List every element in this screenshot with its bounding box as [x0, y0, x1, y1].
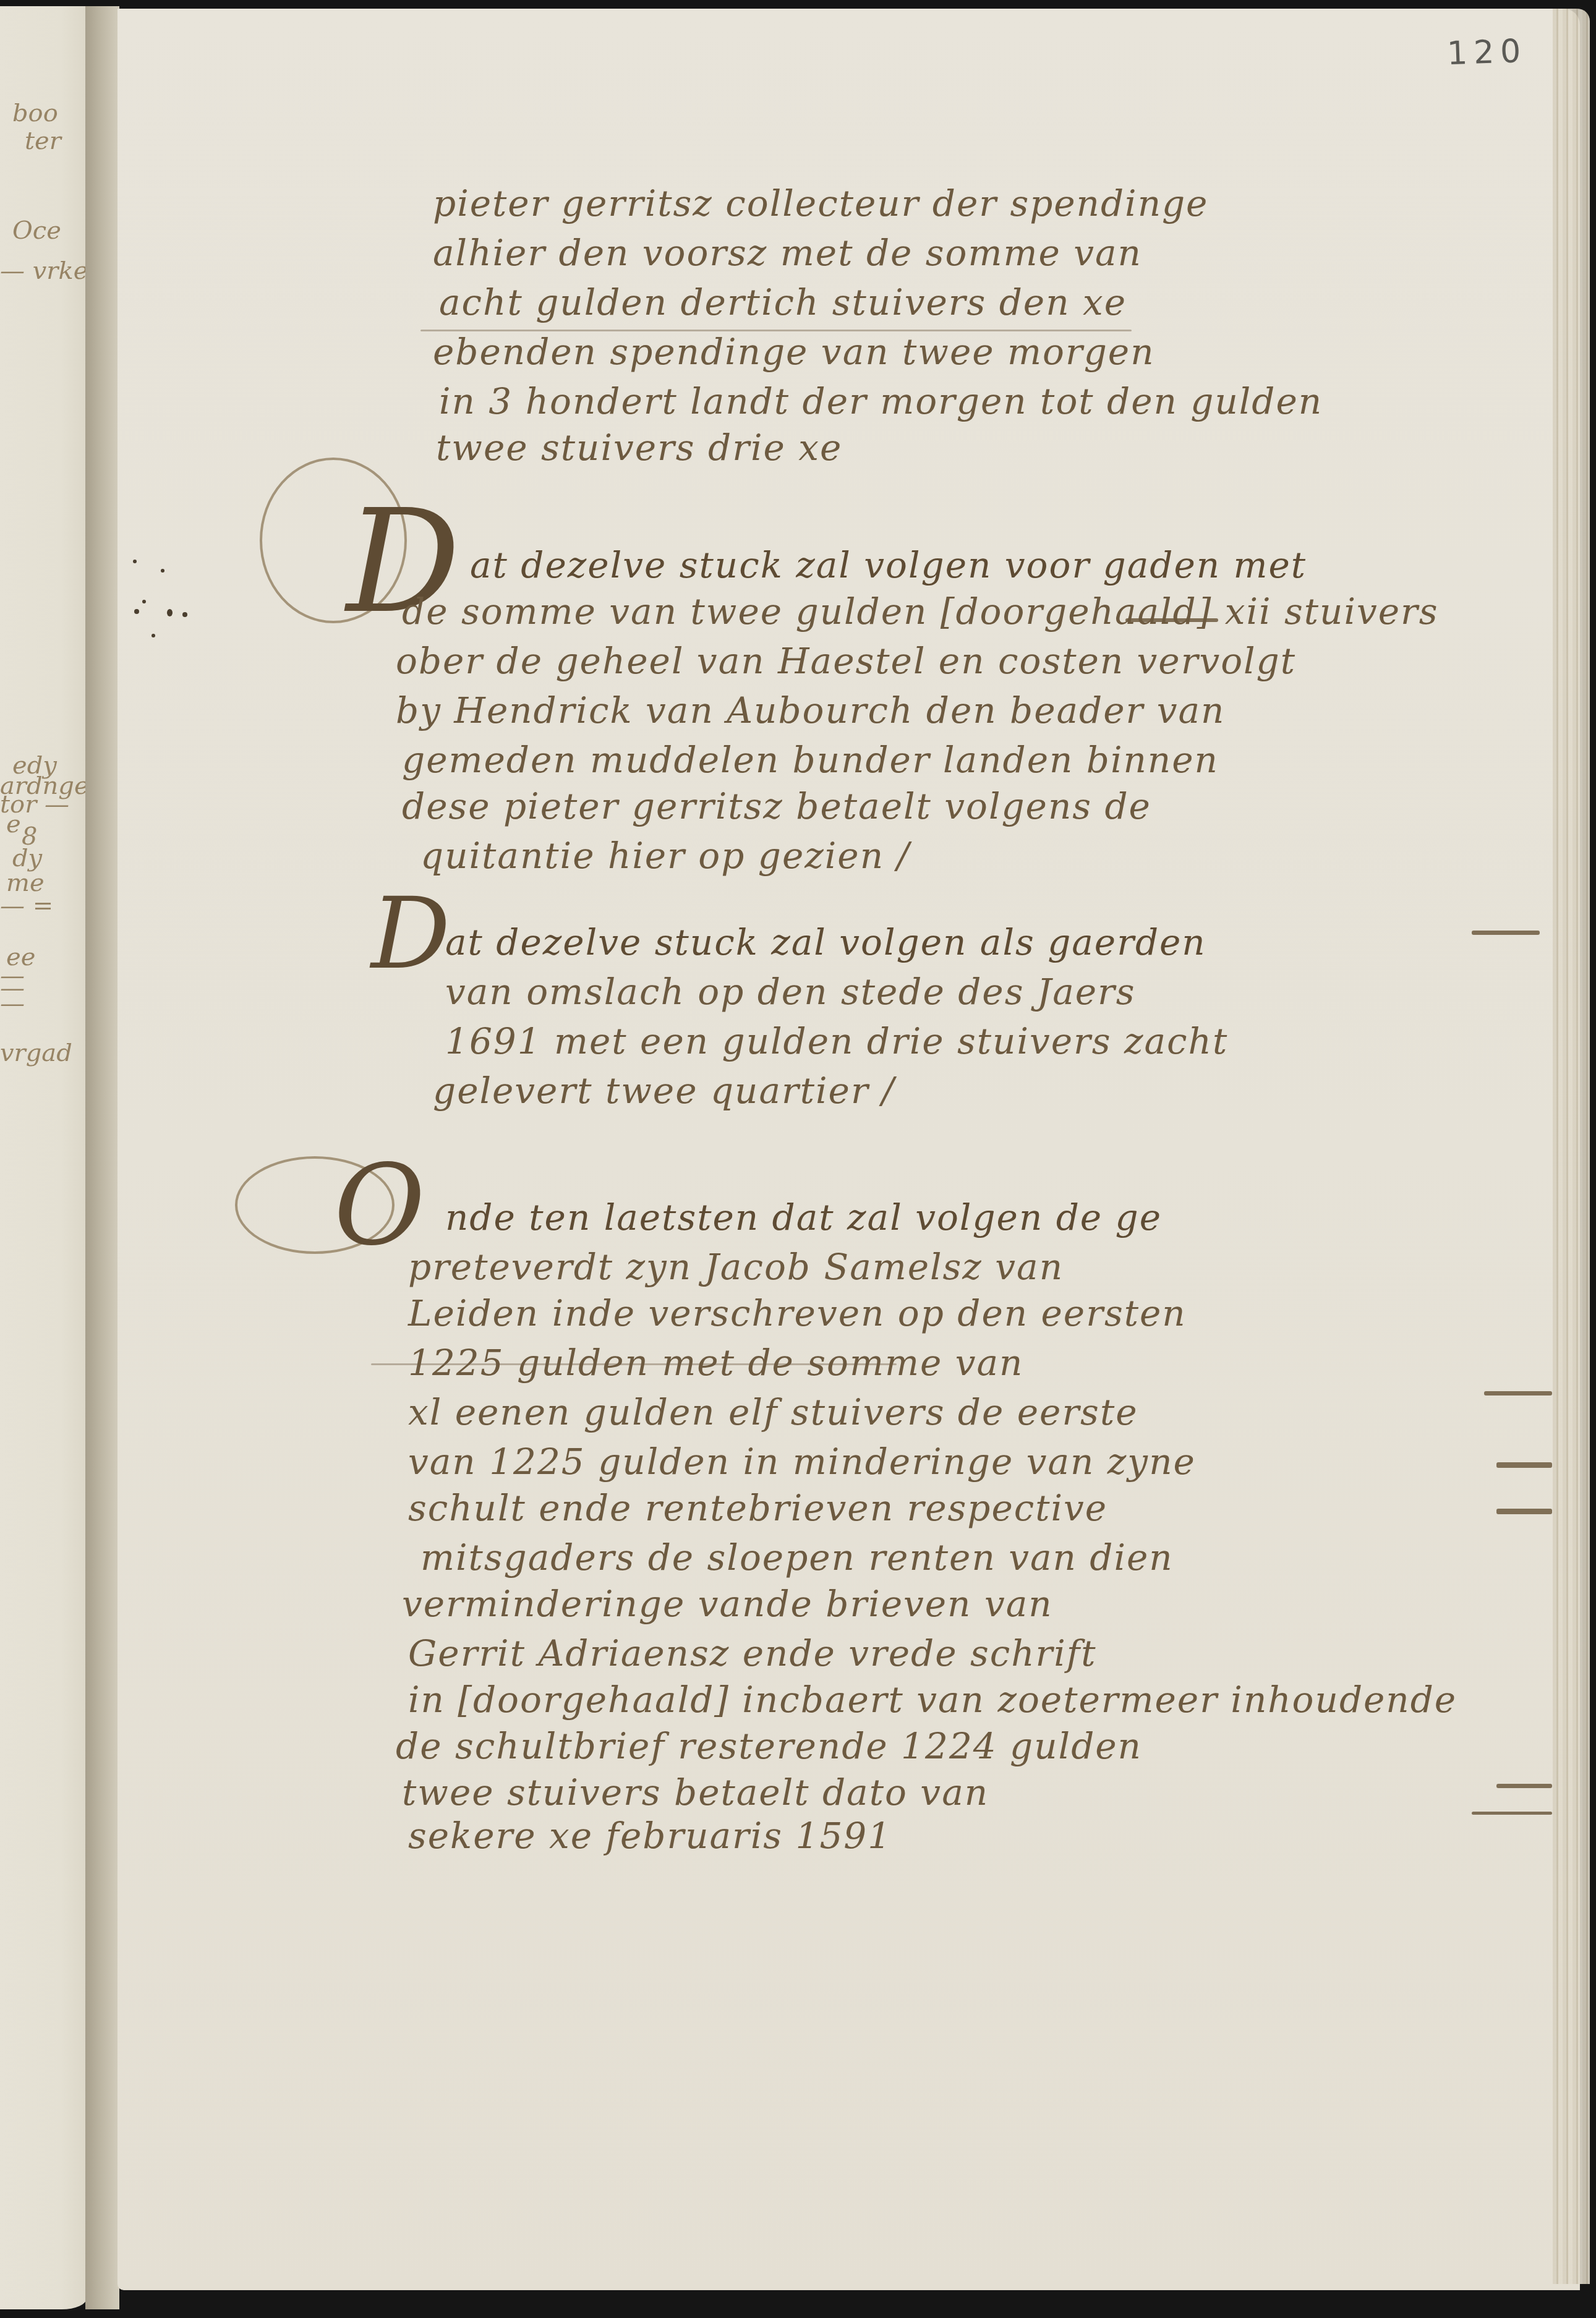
left-page-fragment: — vrke [0, 257, 87, 285]
flourish-stroke [1496, 1784, 1552, 1788]
manuscript-line: schult ende rentebrieven respective [408, 1487, 1107, 1529]
manuscript-line: preteverdt zyn Jacob Samelsz van [408, 1246, 1064, 1288]
manuscript-line: quitantie hier op gezien / [420, 835, 910, 877]
closing-line [1472, 1812, 1552, 1815]
manuscript-line: 1225 gulden met de somme van [408, 1342, 1023, 1384]
strikethrough-line [371, 1363, 897, 1365]
facing-page-left: boo ter Oce — vrke edy ardnge tor — e 8 … [0, 6, 87, 2309]
manuscript-line: at dezelve stuck zal volgen als gaerden [445, 921, 1206, 963]
strikethrough-line [420, 330, 1132, 331]
manuscript-line: in 3 hondert landt der morgen tot den gu… [439, 380, 1323, 422]
manuscript-line: de schultbrief resterende 1224 gulden [396, 1725, 1142, 1767]
manuscript-line: alhier den voorsz met de somme van [433, 232, 1142, 274]
flourish-stroke [1484, 1391, 1552, 1395]
left-page-fragment: — = [0, 892, 53, 920]
left-page-fragment: e [6, 810, 21, 838]
flourish-stroke [1472, 931, 1540, 935]
left-page-fragment: Oce [12, 216, 61, 245]
manuscript-line: van 1225 gulden in minderinge van zyne [408, 1441, 1196, 1483]
manuscript-line: by Hendrick van Aubourch den beader van [396, 689, 1225, 731]
manuscript-line: xl eenen gulden elf stuivers de eerste [408, 1391, 1138, 1433]
folio-number: 120 [1446, 33, 1527, 72]
ink-spots [127, 541, 201, 640]
manuscript-line: van omslach op den stede des Jaers [445, 971, 1136, 1013]
manuscript-line: acht gulden dertich stuivers den xe [439, 281, 1127, 323]
left-page-fragment: boo [12, 99, 58, 127]
flourish-stroke [1496, 1462, 1552, 1468]
manuscript-line: twee stuivers drie xe [436, 427, 842, 469]
left-page-fragment: vrgad [0, 1039, 72, 1067]
strikethrough-line [1125, 618, 1218, 622]
flourish-stroke [1496, 1509, 1552, 1514]
manuscript-line: Leiden inde verschreven op den eersten [408, 1292, 1187, 1334]
manuscript-line: sekere xe februaris 1591 [408, 1815, 892, 1857]
manuscript-line: de somme van twee gulden [doorgehaald] x… [402, 590, 1439, 633]
manuscript-line: pieter gerritsz collecteur der spendinge [433, 182, 1208, 224]
manuscript-line: verminderinge vande brieven van [402, 1583, 1053, 1625]
manuscript-line: twee stuivers betaelt dato van [402, 1771, 989, 1813]
manuscript-line: nde ten laetsten dat zal volgen de ge [445, 1196, 1162, 1238]
decorated-initial: D [371, 884, 450, 983]
left-page-fragment: ter [25, 127, 61, 155]
manuscript-line: 1691 met een gulden drie stuivers zacht [445, 1020, 1228, 1062]
manuscript-line: dese pieter gerritsz betaelt volgens de [402, 785, 1151, 827]
manuscript-line: mitsgaders de sloepen renten van dien [420, 1536, 1174, 1579]
manuscript-line: in [doorgehaald] incbaert van zoetermeer… [408, 1679, 1457, 1721]
manuscript-line: at dezelve stuck zal volgen voor gaden m… [470, 544, 1307, 586]
manuscript-line: gemeden muddelen bunder landen binnen [402, 739, 1219, 781]
book-gutter [85, 6, 119, 2309]
left-page-fragment: — [0, 989, 25, 1018]
manuscript-line: ober de geheel van Haestel en costen ver… [396, 640, 1296, 682]
page-edges [1553, 9, 1590, 2284]
decorated-initial: O [334, 1150, 425, 1261]
manuscript-line: Gerrit Adriaensz ende vrede schrift [408, 1632, 1097, 1674]
manuscript-line: gelevert twee quartier / [433, 1070, 895, 1112]
manuscript-line: ebenden spendinge van twee morgen [433, 331, 1155, 373]
